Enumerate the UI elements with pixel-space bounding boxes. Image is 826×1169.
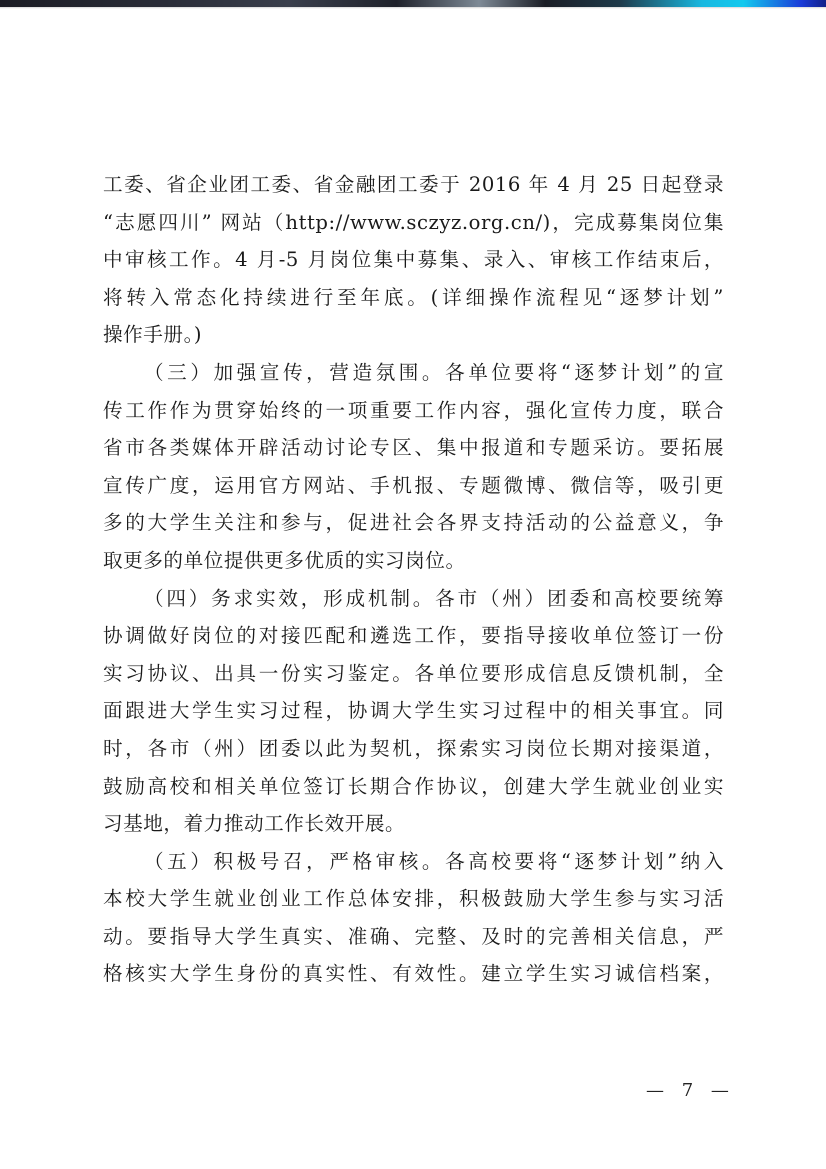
- section-heading-5: （五）积极号召，严格审核。各高校要将“逐梦计划”纳入: [103, 843, 724, 881]
- text-line: 鼓励高校和相关单位签订长期合作协议，创建大学生就业创业实: [103, 768, 724, 806]
- text-line: 取更多的单位提供更多优质的实习岗位。: [103, 542, 724, 580]
- document-body: 工委、省企业团工委、省金融团工委于 2016 年 4 月 25 日起登录 “志愿…: [103, 166, 724, 993]
- text-line: 动。要指导大学生真实、准确、完整、及时的完善相关信息，严: [103, 918, 724, 956]
- section-heading-3: （三）加强宣传，营造氛围。各单位要将“逐梦计划”的宣: [103, 354, 724, 392]
- text-line: 习基地，着力推动工作长效开展。: [103, 805, 724, 843]
- text-line: 实习协议、出具一份实习鉴定。各单位要形成信息反馈机制，全: [103, 655, 724, 693]
- page-number: — 7 —: [646, 1080, 735, 1101]
- text-line: 宣传广度，运用官方网站、手机报、专题微博、微信等，吸引更: [103, 467, 724, 505]
- text-line: 时，各市（州）团委以此为契机，探索实习岗位长期对接渠道，: [103, 730, 724, 768]
- text-line: 省市各类媒体开辟活动讨论专区、集中报道和专题采访。要拓展: [103, 429, 724, 467]
- text-line: 格核实大学生身份的真实性、有效性。建立学生实习诚信档案，: [103, 955, 724, 993]
- text-line: 协调做好岗位的对接匹配和遴选工作，要指导接收单位签订一份: [103, 617, 724, 655]
- text-line: 工委、省企业团工委、省金融团工委于 2016 年 4 月 25 日起登录: [103, 166, 724, 204]
- text-line: 传工作作为贯穿始终的一项重要工作内容，强化宣传力度，联合: [103, 392, 724, 430]
- text-line: 面跟进大学生实习过程，协调大学生实习过程中的相关事宜。同: [103, 692, 724, 730]
- section-heading-4: （四）务求实效，形成机制。各市（州）团委和高校要统筹: [103, 580, 724, 618]
- text-line: 多的大学生关注和参与，促进社会各界支持活动的公益意义，争: [103, 504, 724, 542]
- text-line: “志愿四川” 网站（http://www.sczyz.org.cn/)，完成募集…: [103, 204, 724, 242]
- text-line: 中审核工作。4 月-5 月岗位集中募集、录入、审核工作结束后，: [103, 241, 724, 279]
- text-line: 将转入常态化持续进行至年底。(详细操作流程见“逐梦计划”: [103, 279, 724, 317]
- text-line: 本校大学生就业创业工作总体安排，积极鼓励大学生参与实习活: [103, 880, 724, 918]
- text-line: 操作手册。): [103, 316, 724, 354]
- scanner-edge-artifact: [0, 0, 826, 7]
